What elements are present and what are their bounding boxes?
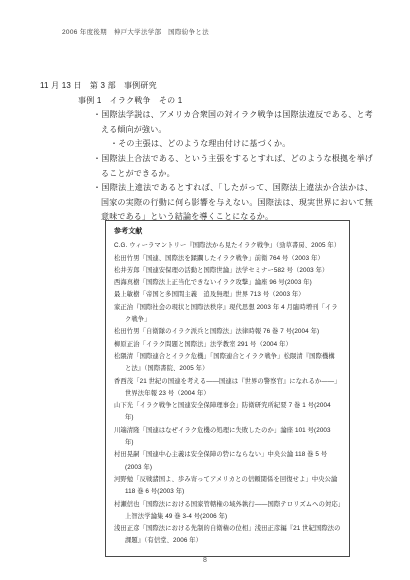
reference-item: 松隈清「国際連合とイラク危機」「国際連合とイラク戦争」松隈清『国際機構と法』（国… [114,351,341,376]
reference-item: 松田竹男「国連、国際法を蹂躙したイラク戦争」前衛 764 号（2003 年） [114,253,341,265]
point-item: ・国際法上違法であるとすれば、「したがって、国際法上違法か合法かは、国家の実際の… [93,181,373,225]
page-number: 8 [0,557,410,564]
reference-item: 村田晃嗣「国連中心主義は安全保障の砦にならない」中央公論 118 巻 5 号(2… [114,449,341,474]
reference-item: 松田竹男「自衛隊のイラク派兵と国際法」法律時報 76 巻 7 号(2004 年) [114,326,341,338]
reference-item: 最上敏樹「帝国と多国間主義 追及無理」世界 713 号（2003 年） [114,289,341,301]
course-header: 2006 年度後期 神戸大学法学部 国際紛争と法 [62,27,209,36]
discussion-points: ・国際法学説は、アメリカ合衆国の対イラク戦争は国際法違反である、と考える傾向が強… [93,108,373,225]
reference-item: 柳原正治「イラク問題と国際法」法学教室 291 号（2004 年） [114,339,341,351]
references-title: 参考文献 [114,226,341,238]
case-heading: 事例 1 イラク戦争 その 1 [78,94,378,109]
point-item: ・国際法学説は、アメリカ合衆国の対イラク戦争は国際法違反である、と考える傾向が強… [93,108,373,137]
handout-page: 2006 年度後期 神戸大学法学部 国際紛争と法 11 月 13 日 第 3 部… [0,0,410,580]
references-box: 参考文献 C.G. ウィーラマントリー『国際法から見たイラク戦争』（勁草書房、2… [105,220,350,557]
date-heading: 11 月 13 日 第 3 部 事例研究 [40,79,378,94]
reference-item: 浅田正彦「国際法における先制的自衛権の位相」浅田正彦編『21 世紀国際法の課題』… [114,523,341,548]
reference-item: 山下光「イラク戦争と国連安全保障理事会」防衛研究所紀要 7 巻 1 号(2004… [114,400,341,425]
lecture-content: 11 月 13 日 第 3 部 事例研究 事例 1 イラク戦争 その 1 ・国際… [40,79,378,225]
reference-item: 村瀬信也「国際法における国家管轄権の域外執行――国際テロリズムへの対応」上智法学… [114,499,341,524]
reference-item: 家正治『国際社会の現状と国際法秩序』現代思想 2003 年 4 月臨時増刊「イラ… [114,302,341,327]
reference-item: 川端清隆「国連はなぜイラク危機の処理に失敗したのか」論座 101 号(2003 … [114,425,341,450]
reference-item: C.G. ウィーラマントリー『国際法から見たイラク戦争』（勁草書房、2005 年… [114,240,341,252]
reference-item: 西海真樹「国際法上正当化できないイラク攻撃」論座 96 号(2003 年) [114,277,341,289]
reference-item: 河野勉「反戦諸国よ、歩み寄ってアメリカとの信頼関係を回復せよ」中央公論 118 … [114,474,341,499]
reference-item: 松井芳郎「国連安保理の活動と国際世論」法学セミナー582 号（2003 年） [114,265,341,277]
sub-point-item: ・その主張は、どのような理由付けに基づくか。 [110,137,381,152]
point-item: ・国際法上合法である、という主張をするとすれば、どのような根拠を挙げることができ… [93,152,373,181]
reference-item: 香西茂「21 世紀の国連を考える――国連は『世界の警察官』になれるか――」世界法… [114,376,341,401]
